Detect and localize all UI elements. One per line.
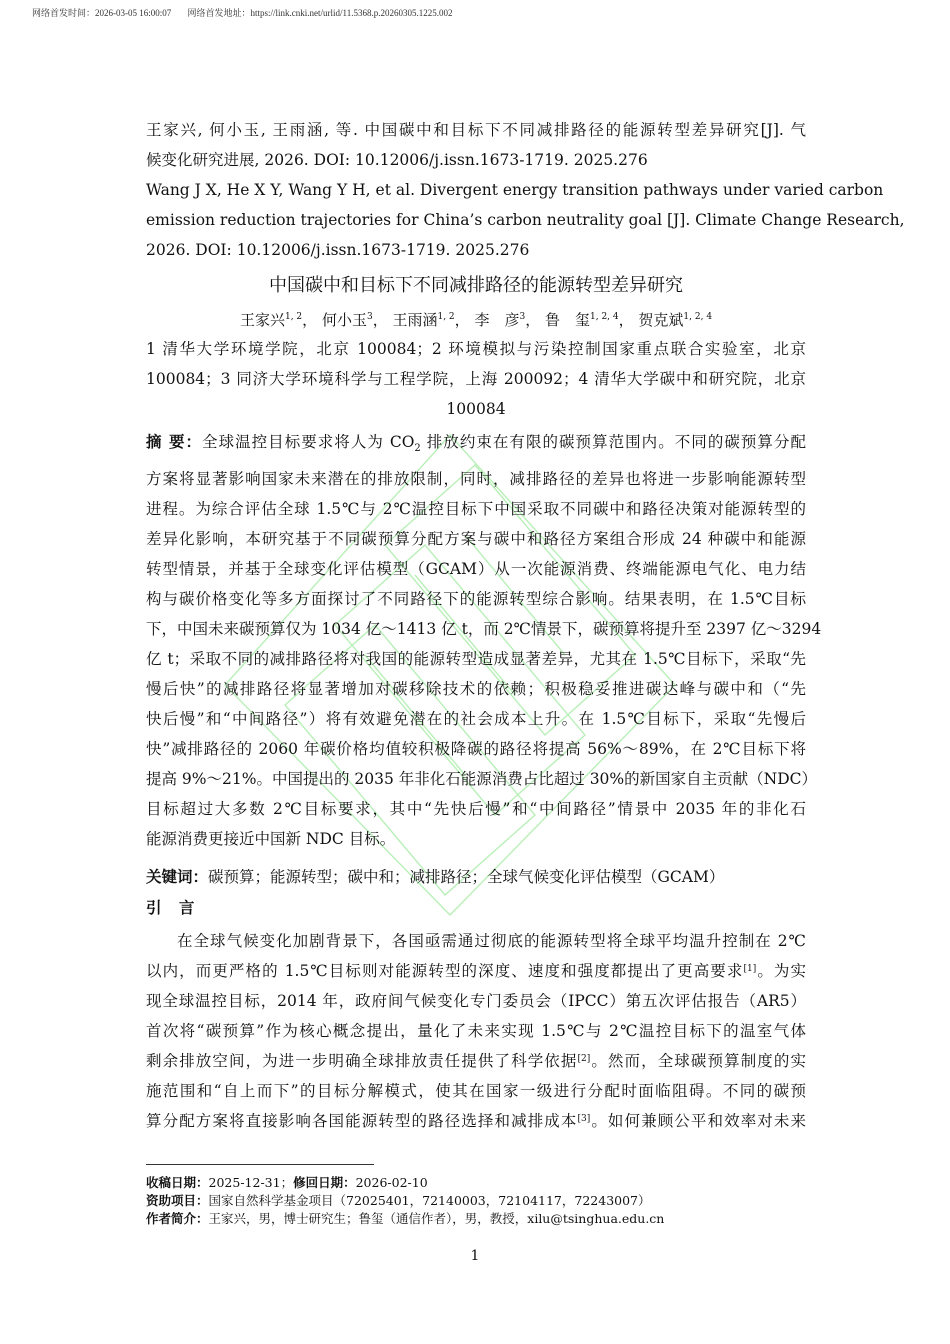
intro-line: 现全球温控目标，2014 年，政府间气候变化专门委员会（IPCC）第五次评估报告… [146, 986, 806, 1016]
publish-time: 网络首发时间：2026-03-05 16:00:07 [32, 8, 171, 18]
citation-en-line: 2026. DOI: 10.12006/j.issn.1673-1719. 20… [146, 235, 806, 265]
abstract-line: 差异化影响，本研究基于不同碳预算分配方案与碳中和路径方案组合形成 24 种碳中和… [146, 524, 806, 554]
citation-block: 王家兴, 何小玉, 王雨涵, 等. 中国碳中和目标下不同减排路径的能源转型差异研… [146, 115, 806, 265]
reference-link[interactable]: [1] [743, 964, 756, 974]
reference-link[interactable]: [2] [577, 1054, 590, 1064]
keywords-text: 碳预算；能源转型；碳中和；减排路径；全球气候变化评估模型（GCAM） [208, 868, 724, 886]
abstract-line: 慢后快”的减排路径将显著增加对碳移除技术的依赖；积极稳妥推进碳达峰与碳中和（“先 [146, 674, 806, 704]
keywords: 关键词：碳预算；能源转型；碳中和；减排路径；全球气候变化评估模型（GCAM） [146, 862, 806, 892]
affiliation-line: 1 清华大学环境学院，北京 100084；2 环境模拟与污染控制国家重点联合实验… [146, 334, 806, 364]
author-bio-footnote: 作者简介：王家兴，男，博士研究生；鲁玺（通信作者），男，教授，xilu@tsin… [146, 1210, 664, 1228]
intro-line: 算分配方案将直接影响各国能源转型的路径选择和减排成本[3]。如何兼顾公平和效率对… [146, 1106, 806, 1136]
reference-link[interactable]: [3] [577, 1114, 590, 1124]
author: 贺克斌1, 2, 4 [638, 311, 712, 329]
abstract: 摘 要：全球温控目标要求将人为 CO2 排放约束在有限的碳预算范围内。不同的碳预… [146, 427, 806, 854]
affiliation-line: 100084 [146, 394, 806, 424]
publish-url[interactable]: 网络首发地址：https://link.cnki.net/urlid/11.53… [188, 8, 453, 18]
author: 王家兴1, 2 [240, 311, 302, 329]
dates-footnote: 收稿日期：2025-12-31；修回日期：2026-02-10 [146, 1174, 664, 1192]
citation-cn-line: 王家兴, 何小玉, 王雨涵, 等. 中国碳中和目标下不同减排路径的能源转型差异研… [146, 115, 806, 145]
author: 李 彦3 [474, 311, 525, 329]
author: 王雨涵1, 2 [392, 311, 454, 329]
page-number: 1 [0, 1248, 950, 1264]
abstract-line: 构与碳价格变化等多方面探讨了不同路径下的能源转型综合影响。结果表明，在 1.5℃… [146, 584, 806, 614]
abstract-line: 快”减排路径的 2060 年碳价格均值较积极降碳的路径将提高 56%～89%，在… [146, 734, 806, 764]
intro-line: 在全球气候变化加剧背景下，各国亟需通过彻底的能源转型将全球平均温升控制在 2℃ [146, 926, 806, 956]
section-heading-intro: 引 言 [146, 896, 200, 918]
intro-line: 首次将“碳预算”作为核心概念提出，量化了未来实现 1.5℃与 2℃温控目标下的温… [146, 1016, 806, 1046]
abstract-line: 下，中国未来碳预算仅为 1034 亿～1413 亿 t，而 2℃情景下，碳预算将… [146, 614, 806, 644]
citation-en-line: emission reduction trajectories for Chin… [146, 205, 806, 235]
online-first-header: 网络首发时间：2026-03-05 16:00:07 网络首发地址：https:… [32, 6, 466, 19]
abstract-line: 方案将显著影响国家未来潜在的排放限制，同时，减排路径的差异也将进一步影响能源转型 [146, 464, 806, 494]
intro-line: 以内，而更严格的 1.5℃目标则对能源转型的深度、速度和强度都提出了更高要求[1… [146, 956, 806, 986]
author-list: 王家兴1, 2， 何小玉3， 王雨涵1, 2， 李 彦3， 鲁 玺1, 2, 4… [146, 304, 806, 333]
intro-line: 施范围和“自上而下”的目标分解模式，使其在国家一级进行分配时面临阻碍。不同的碳预 [146, 1076, 806, 1106]
paper-title: 中国碳中和目标下不同减排路径的能源转型差异研究 [146, 272, 806, 300]
citation-en-line: Wang J X, He X Y, Wang Y H, et al. Diver… [146, 175, 806, 205]
author: 鲁 玺1, 2, 4 [545, 311, 619, 329]
author: 何小玉3 [322, 311, 373, 329]
footnote-divider [146, 1164, 374, 1165]
abstract-line: 摘 要：全球温控目标要求将人为 CO2 排放约束在有限的碳预算范围内。不同的碳预… [146, 427, 806, 464]
abstract-label: 摘 要： [146, 433, 202, 451]
abstract-line: 进程。为综合评估全球 1.5℃与 2℃温控目标下中国采取不同碳中和路径决策对能源… [146, 494, 806, 524]
funding-footnote: 资助项目：国家自然科学基金项目（72025401，72140003，721041… [146, 1192, 664, 1210]
abstract-line: 提高 9%～21%。中国提出的 2035 年非化石能源消费占比超过 30%的新国… [146, 764, 806, 794]
abstract-line: 目标超过大多数 2℃目标要求，其中“先快后慢”和“中间路径”情景中 2035 年… [146, 794, 806, 824]
abstract-line: 转型情景，并基于全球变化评估模型（GCAM）从一次能源消费、终端能源电气化、电力… [146, 554, 806, 584]
affiliation-line: 100084；3 同济大学环境科学与工程学院，上海 200092；4 清华大学碳… [146, 364, 806, 394]
intro-body: 在全球气候变化加剧背景下，各国亟需通过彻底的能源转型将全球平均温升控制在 2℃ … [146, 926, 806, 1136]
keywords-label: 关键词： [146, 868, 208, 886]
affiliations: 1 清华大学环境学院，北京 100084；2 环境模拟与污染控制国家重点联合实验… [146, 334, 806, 424]
citation-cn-line: 候变化研究进展, 2026. DOI: 10.12006/j.issn.1673… [146, 145, 806, 175]
footnotes: 收稿日期：2025-12-31；修回日期：2026-02-10 资助项目：国家自… [146, 1174, 664, 1228]
intro-line: 剩余排放空间，为进一步明确全球排放责任提供了科学依据[2]。然而，全球碳预算制度… [146, 1046, 806, 1076]
abstract-line: 亿 t；采取不同的减排路径将对我国的能源转型造成显著差异，尤其在 1.5℃目标下… [146, 644, 806, 674]
abstract-line: 能源消费更接近中国新 NDC 目标。 [146, 824, 806, 854]
abstract-line: 快后慢”和“中间路径”）将有效避免潜在的社会成本上升。在 1.5℃目标下，采取“… [146, 704, 806, 734]
